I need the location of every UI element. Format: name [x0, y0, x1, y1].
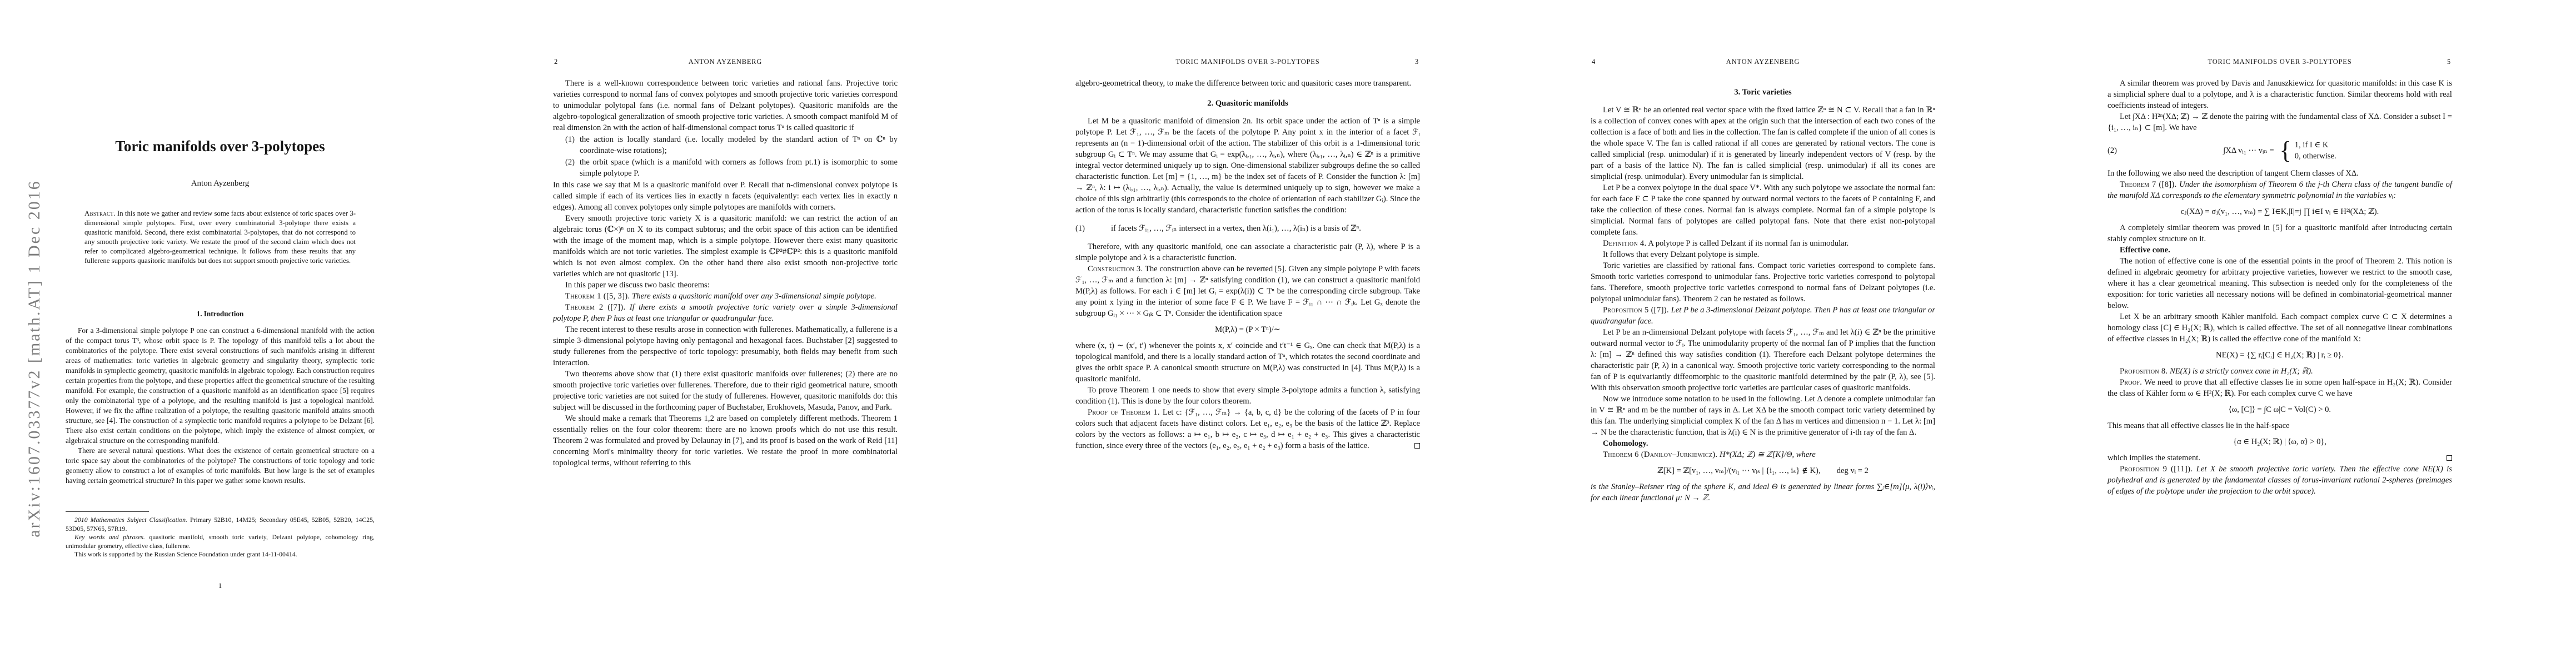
- paragraph: which implies the statement.: [2107, 452, 2452, 464]
- block-text: 1. Introduction: [197, 310, 244, 318]
- block-text: A similar theorem was proved by Davis an…: [2107, 79, 2452, 110]
- block-text: Let P be an n-dimensional Delzant polyto…: [1591, 328, 1935, 392]
- statement-lead: Definition 4.: [1603, 239, 1646, 248]
- abstract-label: Abstract.: [84, 210, 116, 217]
- paragraph: There are several natural questions. Wha…: [66, 446, 375, 486]
- running-head: 2 ANTON AYZENBERG: [553, 58, 898, 66]
- item-label: (2): [565, 157, 575, 168]
- running-head-page-number: 3: [1415, 58, 1419, 66]
- case-line: 0, otherwise.: [2295, 151, 2336, 162]
- display-equation: ℤ[K] = ℤ[v₁, …, vₘ]/(vᵢ₁ ⋯ vᵢₛ | {i₁, …,…: [1591, 465, 1935, 476]
- item-label: (1): [565, 134, 575, 145]
- running-head-title: TORIC MANIFOLDS OVER 3-POLYTOPES: [1075, 58, 1420, 66]
- running-head-page-number: 4: [1592, 58, 1596, 66]
- statement-lead: Proposition 8.: [2120, 367, 2168, 376]
- runin-heading: Effective cone.: [2107, 245, 2452, 256]
- footnote-block: 2010 Mathematics Subject Classification.…: [66, 511, 375, 559]
- block-text: For a 3-dimensional simple polytope P on…: [66, 326, 375, 445]
- statement-lead: Proposition 5 ([7]).: [1603, 306, 1669, 315]
- page-2: 2 ANTON AYZENBERG There is a well-known …: [553, 0, 898, 667]
- page-1-body: 1. IntroductionFor a 3-dimensional simpl…: [66, 300, 375, 486]
- block-text: algebro-geometrical theory, to make the …: [1075, 79, 1411, 88]
- equation-text: NE(X) = {∑ rᵢ[Cᵢ] ∈ H₂(X; ℝ) | rᵢ ≥ 0}.: [2216, 350, 2344, 361]
- block-text: where (x, t) ∼ (x′, t′) whenever the poi…: [1075, 341, 1420, 384]
- abstract: Abstract. In this note we gather and rev…: [84, 209, 356, 266]
- block-text: is the Stanley–Reisner ring of the spher…: [1591, 482, 1935, 502]
- section-heading: 3. Toric varieties: [1591, 87, 1935, 98]
- paragraph: This means that all effective classes li…: [2107, 420, 2452, 431]
- paragraph: It follows that every Delzant polytope i…: [1591, 249, 1935, 260]
- theorem-statement: Construction 3. The construction above c…: [1075, 263, 1420, 319]
- proof: Proof. We need to prove that all effecti…: [2107, 377, 2452, 399]
- statement-text: We need to prove that all effective clas…: [2107, 378, 2452, 398]
- item-text: if facets ℱᵢ₁, …, ℱᵢₙ intersect in a ver…: [1111, 224, 1361, 233]
- paragraph: To prove Theorem 1 one needs to show tha…: [1075, 385, 1420, 407]
- block-text: In this paper we discuss two basic theor…: [565, 281, 710, 290]
- block-text: Cohomology.: [1603, 439, 1648, 448]
- qed-box: [2447, 455, 2452, 461]
- display-equation: {α ∈ H₂(X; ℝ) | ⟨ω, α⟩ > 0},: [2107, 436, 2452, 447]
- section-heading: 2. Quasitoric manifolds: [1075, 98, 1420, 109]
- theorem-statement: Proposition 5 ([7]). Let P be a 3-dimens…: [1591, 305, 1935, 327]
- page-5: TORIC MANIFOLDS OVER 3-POLYTOPES 5 A sim…: [2107, 0, 2452, 667]
- abstract-text: In this note we gather and review some f…: [84, 210, 356, 265]
- statement-lead: Theorem 1 ([5, 3]).: [565, 292, 630, 301]
- statement-lead: Proof of Theorem 1.: [1088, 408, 1160, 417]
- item-text: the orbit space (which is a manifold wit…: [580, 158, 898, 178]
- block-text: 3. Toric varieties: [1734, 88, 1791, 97]
- section-heading: 1. Introduction: [66, 309, 375, 319]
- running-head: 4 ANTON AYZENBERG: [1591, 58, 1935, 66]
- theorem-statement: Theorem 6 (Danilov–Jurkiewicz). H*(XΔ; ℤ…: [1591, 449, 1935, 460]
- statement-lead: Proof.: [2120, 378, 2142, 387]
- theorem-statement: Proposition 8. NE(X) is a strictly conve…: [2107, 366, 2452, 377]
- running-head-title: ANTON AYZENBERG: [553, 58, 898, 66]
- footnote-support: This work is supported by the Russian Sc…: [66, 550, 375, 559]
- paragraph: A similar theorem was proved by Davis an…: [2107, 78, 2452, 111]
- theorem-statement: Proposition 9 ([11]). Let X be smooth pr…: [2107, 464, 2452, 497]
- equation-text: cⱼ(XΔ) = σⱼ(v₁, …, vₘ) = ∑ I∈K,|I|=j ∏ i…: [2181, 206, 2379, 217]
- paragraph: In this case we say that M is a quasitor…: [553, 180, 898, 213]
- footnote-keywords: Key words and phrases. quasitoric manifo…: [66, 533, 375, 550]
- paper-title: Toric manifolds over 3-polytopes: [66, 138, 375, 155]
- paragraph: where (x, t) ∼ (x′, t′) whenever the poi…: [1075, 340, 1420, 385]
- block-text: Let P be a convex polytope in the dual s…: [1591, 183, 1935, 237]
- paragraph: Let X be an arbitrary smooth Kähler mani…: [2107, 311, 2452, 345]
- paragraph: A completely similar theorem was proved …: [2107, 222, 2452, 245]
- running-head: TORIC MANIFOLDS OVER 3-POLYTOPES 5: [2107, 58, 2452, 66]
- statement-text: A polytope P is called Delzant if its no…: [1648, 239, 1848, 248]
- display-equation: ⟨ω, [C]⟩ = ∫C ω|C = Vol(C) > 0.: [2107, 404, 2452, 415]
- block-text: To prove Theorem 1 one needs to show tha…: [1075, 386, 1420, 406]
- paragraph: Now we introduce some notation to be use…: [1591, 394, 1935, 438]
- block-text: Two theorems above show that (1) there e…: [553, 370, 898, 412]
- page-5-body: A similar theorem was proved by Davis an…: [2107, 78, 2452, 497]
- statement-text: H*(XΔ; ℤ) ≅ ℤ[K]/Θ, where: [1720, 450, 1816, 459]
- page-3-body: algebro-geometrical theory, to make the …: [1075, 78, 1420, 451]
- list-item: (1)the action is locally standard (i.e. …: [553, 134, 898, 156]
- paragraph: The recent interest to these results aro…: [553, 324, 898, 369]
- paragraph: Toric varieties are classified by ration…: [1591, 260, 1935, 305]
- paragraph: Therefore, with any quasitoric manifold,…: [1075, 241, 1420, 263]
- running-head-page-number: 2: [554, 58, 558, 66]
- page-2-body: There is a well-known correspondence bet…: [553, 78, 898, 469]
- cases-lines: 1, if I ∈ K0, otherwise.: [2295, 140, 2336, 162]
- list-item: (2)the orbit space (which is a manifold …: [553, 157, 898, 179]
- theorem-statement: Definition 4. A polytope P is called Del…: [1591, 238, 1935, 249]
- runin-heading: Cohomology.: [1591, 438, 1935, 449]
- block-text: It follows that every Delzant polytope i…: [1603, 250, 1759, 259]
- block-text: Let M be a quasitoric manifold of dimens…: [1075, 117, 1420, 215]
- paragraph: Every smooth projective toric variety X …: [553, 213, 898, 280]
- paragraph: In the following we also need the descri…: [2107, 168, 2452, 179]
- running-head-title: ANTON AYZENBERG: [1591, 58, 1935, 66]
- paper-author: Anton Ayzenberg: [66, 179, 375, 188]
- display-equation: M(P,λ) = (P × Tⁿ)/∼: [1075, 324, 1420, 335]
- statement-text: NE(X) is a strictly convex cone in H₂(X;…: [2170, 367, 2313, 376]
- running-head-title: TORIC MANIFOLDS OVER 3-POLYTOPES: [2107, 58, 2452, 66]
- block-text: The recent interest to these results aro…: [553, 325, 898, 367]
- page-3: TORIC MANIFOLDS OVER 3-POLYTOPES 3 algeb…: [1075, 0, 1420, 667]
- statement-lead: Theorem 7 ([8]).: [2120, 180, 2177, 189]
- equation-text: ℤ[K] = ℤ[v₁, …, vₘ]/(vᵢ₁ ⋯ vᵢₛ | {i₁, …,…: [1657, 465, 1869, 476]
- cases-brace: {: [2280, 138, 2291, 163]
- block-text: We should make a remark that Theorems 1,…: [553, 414, 898, 467]
- qed-box: [1414, 443, 1420, 449]
- block-text: In the following we also need the descri…: [2107, 169, 2359, 178]
- paragraph: Let V ≅ ℝⁿ be an oriented real vector sp…: [1591, 104, 1935, 182]
- equation-text: ⟨ω, [C]⟩ = ∫C ω|C = Vol(C) > 0.: [2229, 404, 2331, 415]
- block-text: Let ∫XΔ : H²ⁿ(XΔ; ℤ) → ℤ denote the pair…: [2107, 112, 2452, 132]
- block-text: There is a well-known correspondence bet…: [553, 79, 898, 132]
- paragraph: Let P be an n-dimensional Delzant polyto…: [1591, 327, 1935, 394]
- theorem-statement: Theorem 7 ([8]). Under the isomorphism o…: [2107, 179, 2452, 201]
- equation-text: {α ∈ H₂(X; ℝ) | ⟨ω, α⟩ > 0},: [2233, 436, 2326, 447]
- page-1: Toric manifolds over 3-polytopes Anton A…: [66, 0, 375, 667]
- page-4-body: 3. Toric varietiesLet V ≅ ℝⁿ be an orien…: [1591, 78, 1935, 504]
- block-text: Effective cone.: [2120, 246, 2170, 255]
- display-equation: NE(X) = {∑ rᵢ[Cᵢ] ∈ H₂(X; ℝ) | rᵢ ≥ 0}.: [2107, 350, 2452, 361]
- paragraph: Two theorems above show that (1) there e…: [553, 369, 898, 413]
- footnote-kw-lead: Key words and phrases.: [74, 533, 145, 541]
- theorem-statement: Theorem 1 ([5, 3]). There exists a quasi…: [553, 291, 898, 302]
- paragraph: We should make a remark that Theorems 1,…: [553, 413, 898, 469]
- statement-lead: Construction 3.: [1088, 265, 1143, 273]
- block-text: 2. Quasitoric manifolds: [1207, 99, 1288, 108]
- paragraph: algebro-geometrical theory, to make the …: [1075, 78, 1420, 89]
- numbered-condition: (1)if facets ℱᵢ₁, …, ℱᵢₙ intersect in a …: [1075, 223, 1420, 234]
- block-text: Toric varieties are classified by ration…: [1591, 261, 1935, 303]
- statement-lead: Theorem 6 (Danilov–Jurkiewicz).: [1603, 450, 1717, 459]
- footnote-support-text: This work is supported by the Russian Sc…: [74, 550, 297, 558]
- equation-text: ∫XΔ vᵢ₁ ⋯ vᵢₙ =: [2223, 145, 2274, 156]
- pdf-montage: arXiv:1607.03377v2 [math.AT] 1 Dec 2016 …: [0, 0, 2576, 667]
- running-head: TORIC MANIFOLDS OVER 3-POLYTOPES 3: [1075, 58, 1420, 66]
- block-text: which implies the statement.: [2107, 454, 2200, 462]
- page-number: 1: [66, 581, 375, 590]
- display-equation: cⱼ(XΔ) = σⱼ(v₁, …, vₘ) = ∑ I∈K,|I|=j ∏ i…: [2107, 206, 2452, 217]
- running-head-page-number: 5: [2447, 58, 2451, 66]
- statement-text: There exists a quasitoric manifold over …: [632, 292, 876, 301]
- block-text: Every smooth projective toric variety X …: [553, 214, 898, 278]
- paragraph: In this paper we discuss two basic theor…: [553, 280, 898, 291]
- block-text: Let V ≅ ℝⁿ be an oriented real vector sp…: [1591, 106, 1935, 181]
- block-text: This means that all effective classes li…: [2107, 421, 2290, 430]
- equation-text: M(P,λ) = (P × Tⁿ)/∼: [1215, 324, 1280, 335]
- block-text: The notion of effective cone is one of t…: [2107, 257, 2452, 310]
- paragraph: Let ∫XΔ : H²ⁿ(XΔ; ℤ) → ℤ denote the pair…: [2107, 111, 2452, 133]
- statement-lead: Theorem 2 ([7]).: [565, 303, 625, 312]
- block-text: In this case we say that M is a quasitor…: [553, 181, 898, 212]
- footnote-rule: [66, 511, 149, 512]
- equation-number: (2): [2107, 145, 2117, 156]
- display-equation: (2)∫XΔ vᵢ₁ ⋯ vᵢₙ ={1, if I ∈ K0, otherwi…: [2107, 138, 2452, 163]
- block-text: Now we introduce some notation to be use…: [1591, 395, 1935, 437]
- block-text: A completely similar theorem was proved …: [2107, 223, 2452, 243]
- proof: Proof of Theorem 1. Let c: {ℱ₁, …, ℱₘ} →…: [1075, 407, 1420, 451]
- paragraph: is the Stanley–Reisner ring of the spher…: [1591, 481, 1935, 504]
- statement-lead: Proposition 9 ([11]).: [2120, 465, 2193, 474]
- case-line: 1, if I ∈ K: [2295, 140, 2336, 151]
- item-text: the action is locally standard (i.e. loc…: [580, 135, 898, 155]
- footnote-msc: 2010 Mathematics Subject Classification.…: [66, 516, 375, 533]
- paragraph: For a 3-dimensional simple polytope P on…: [66, 326, 375, 446]
- block-text: There are several natural questions. Wha…: [66, 446, 375, 485]
- block-text: Let X be an arbitrary smooth Kähler mani…: [2107, 312, 2452, 344]
- paragraph: The notion of effective cone is one of t…: [2107, 256, 2452, 311]
- theorem-statement: Theorem 2 ([7]). If there exists a smoot…: [553, 302, 898, 324]
- arxiv-stamp: arXiv:1607.03377v2 [math.AT] 1 Dec 2016: [25, 180, 44, 537]
- paragraph: Let P be a convex polytope in the dual s…: [1591, 182, 1935, 238]
- footnote-msc-lead: 2010 Mathematics Subject Classification.: [74, 516, 187, 524]
- paragraph: Let M be a quasitoric manifold of dimens…: [1075, 116, 1420, 216]
- block-text: Therefore, with any quasitoric manifold,…: [1075, 242, 1420, 262]
- paragraph: There is a well-known correspondence bet…: [553, 78, 898, 133]
- page-4: 4 ANTON AYZENBERG 3. Toric varietiesLet …: [1591, 0, 1935, 667]
- item-label: (1): [1075, 223, 1085, 234]
